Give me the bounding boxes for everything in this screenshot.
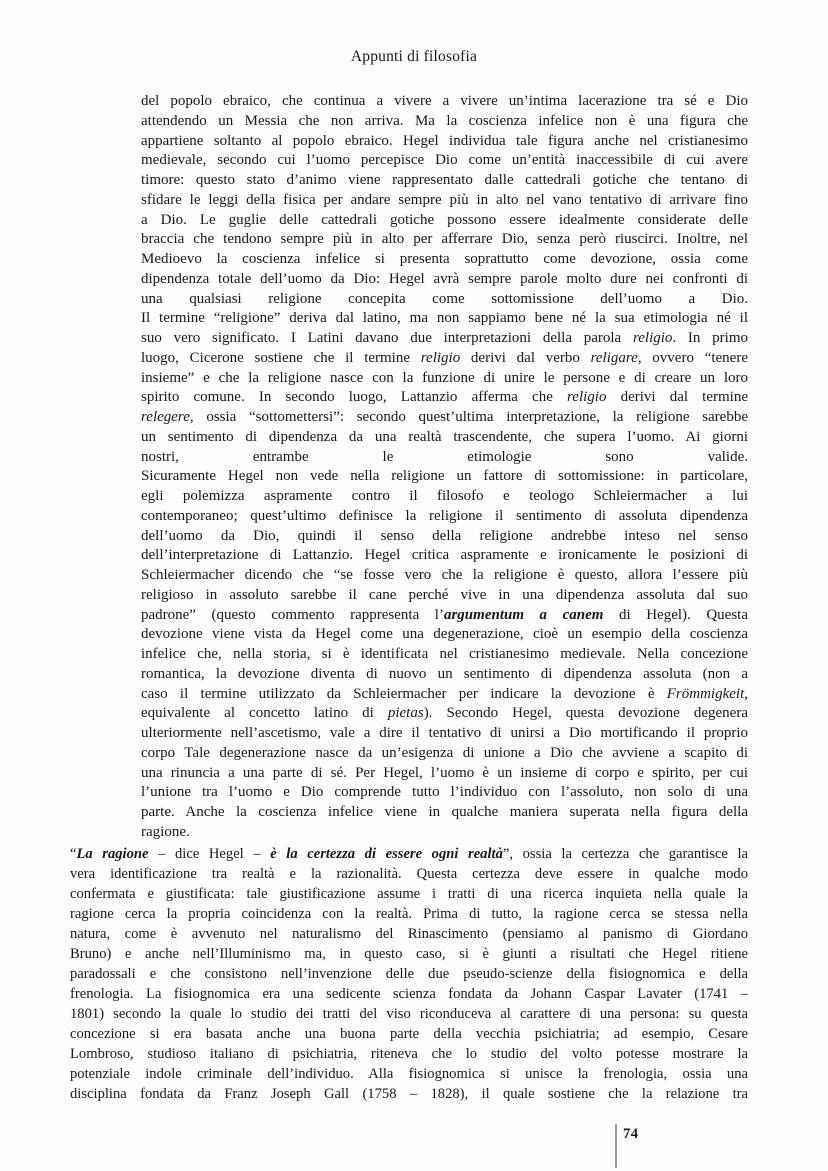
text-line: ulteriormente nell’ascetismo, vale a dir… [141,724,748,744]
text-line: luogo, Cicerone sostiene che il termine … [141,349,748,369]
page-number: 74 [623,1126,639,1143]
footer-divider-line [615,1124,617,1168]
text-line: vera identificazione tra realtà e la raz… [70,864,748,884]
text-line: Medioevo la coscienza infelice si presen… [141,250,748,270]
text-line: frenologia. La fisiognomica era una sedi… [70,984,748,1004]
text-line: egli polemizza aspramente contro il filo… [141,487,748,507]
text-line: infelice che, nella storia, si è identif… [141,645,748,665]
text-line: sfidare le leggi della fisica per andare… [141,191,748,211]
text-line: suo vero significato. I Latini davano du… [141,329,748,349]
text-line: nostri, entrambe le etimologie sono vali… [141,448,748,468]
text-line: natura, come è avvenuto nel naturalismo … [70,924,748,944]
text-line: timore: questo stato d’animo viene rappr… [141,171,748,191]
text-line: spirito comune. In secondo luogo, Lattan… [141,388,748,408]
text-line: Sicuramente Hegel non vede nella religio… [141,467,748,487]
text-line: concezione si era basata anche una buona… [70,1024,748,1044]
text-line: confermata e giustificata: tale giustifi… [70,884,748,904]
page-header: Appunti di filosofia [0,48,828,66]
text-line: romantica, la devozione diventa di nuovo… [141,665,748,685]
text-line: un sentimento di dipendenza da una realt… [141,428,748,448]
text-line: padrone” (questo commento rappresenta l’… [141,606,748,626]
text-line: braccia che tendono sempre più in alto p… [141,230,748,250]
text-line: 1801) secondo la quale lo studio dei tra… [70,1004,748,1024]
text-line: attendendo un Messia che non arriva. Ma … [141,112,748,132]
text-line: potenziale indole criminale dell’individ… [70,1064,748,1084]
text-line: ragione cerca la propria coincidenza con… [70,904,748,924]
text-line: parte. Anche la coscienza infelice viene… [141,803,748,823]
text-line: disciplina fondata da Franz Joseph Gall … [70,1084,748,1104]
text-line: Lombroso, studioso italiano di psichiatr… [70,1044,748,1064]
text-line: una rinuncia a una parte di sé. Per Hege… [141,764,748,784]
text-line: paradossali e che consistono nell’invenz… [70,964,748,984]
text-line: ragione. [141,823,748,843]
text-line: insieme” e che la religione nasce con la… [141,369,748,389]
text-line: dipendenza totale dell’uomo da Dio: Hege… [141,270,748,290]
second-paragraph-block: “La ragione – dice Hegel – è la certezza… [70,844,748,1104]
text-line: religioso in assoluto sarebbe il cane pe… [141,586,748,606]
text-line: “La ragione – dice Hegel – è la certezza… [70,844,748,864]
text-line: dell’uomo da Dio, quindi il senso della … [141,527,748,547]
text-line: a Dio. Le guglie delle cattedrali gotich… [141,211,748,231]
text-line: devozione viene vista da Hegel come una … [141,625,748,645]
text-line: equivalente al concetto latino di pietas… [141,704,748,724]
text-line: contemporaneo; quest’ultimo definisce la… [141,507,748,527]
text-line: Schleiermacher dicendo che “se fosse ver… [141,566,748,586]
text-line: appartiene soltanto al popolo ebraico. H… [141,132,748,152]
text-line: corpo Tale degenerazione nasce da un’esi… [141,744,748,764]
text-line: Bruno) e anche nell’Illuminismo ma, in q… [70,944,748,964]
text-line: del popolo ebraico, che continua a viver… [141,92,748,112]
text-line: relegere, ossia “sottomettersi”: secondo… [141,408,748,428]
text-line: dell’interpretazione di Lattanzio. Hegel… [141,546,748,566]
text-line: Il termine “religione” deriva dal latino… [141,309,748,329]
text-line: medievale, secondo cui l’uomo percepisce… [141,151,748,171]
text-line: una qualsiasi religione concepita come s… [141,290,748,310]
text-line: caso il termine utilizzato da Schleierma… [141,685,748,705]
main-paragraph-block: del popolo ebraico, che continua a viver… [141,92,748,843]
text-line: l’unione tra l’uomo e Dio comprende tutt… [141,783,748,803]
